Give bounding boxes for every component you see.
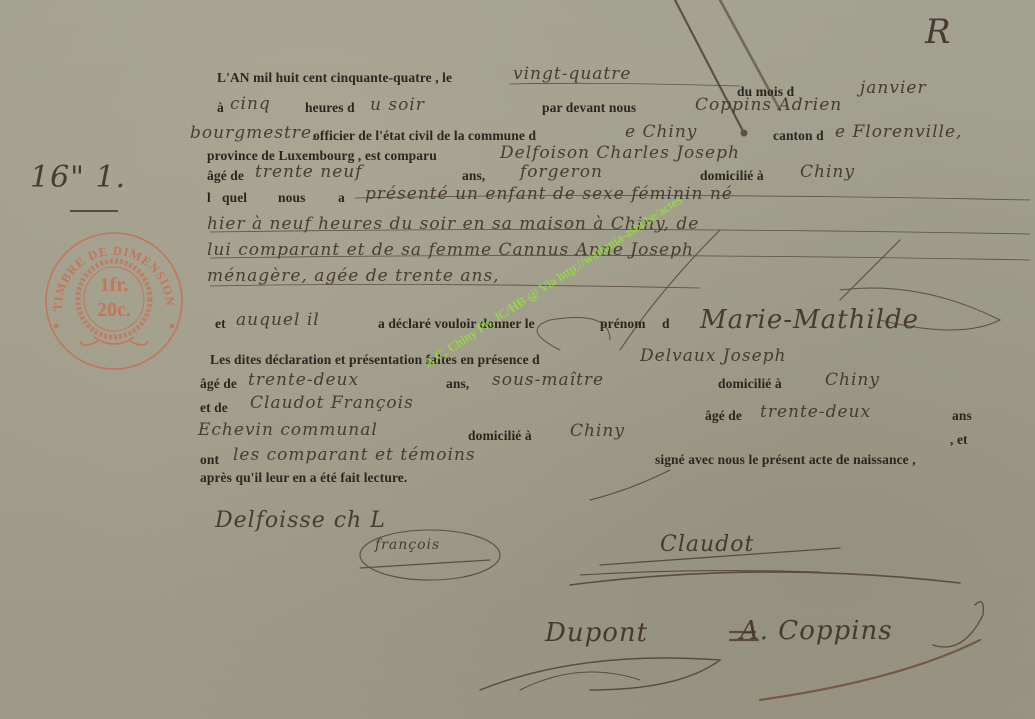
pen-strokes: [0, 0, 1035, 719]
